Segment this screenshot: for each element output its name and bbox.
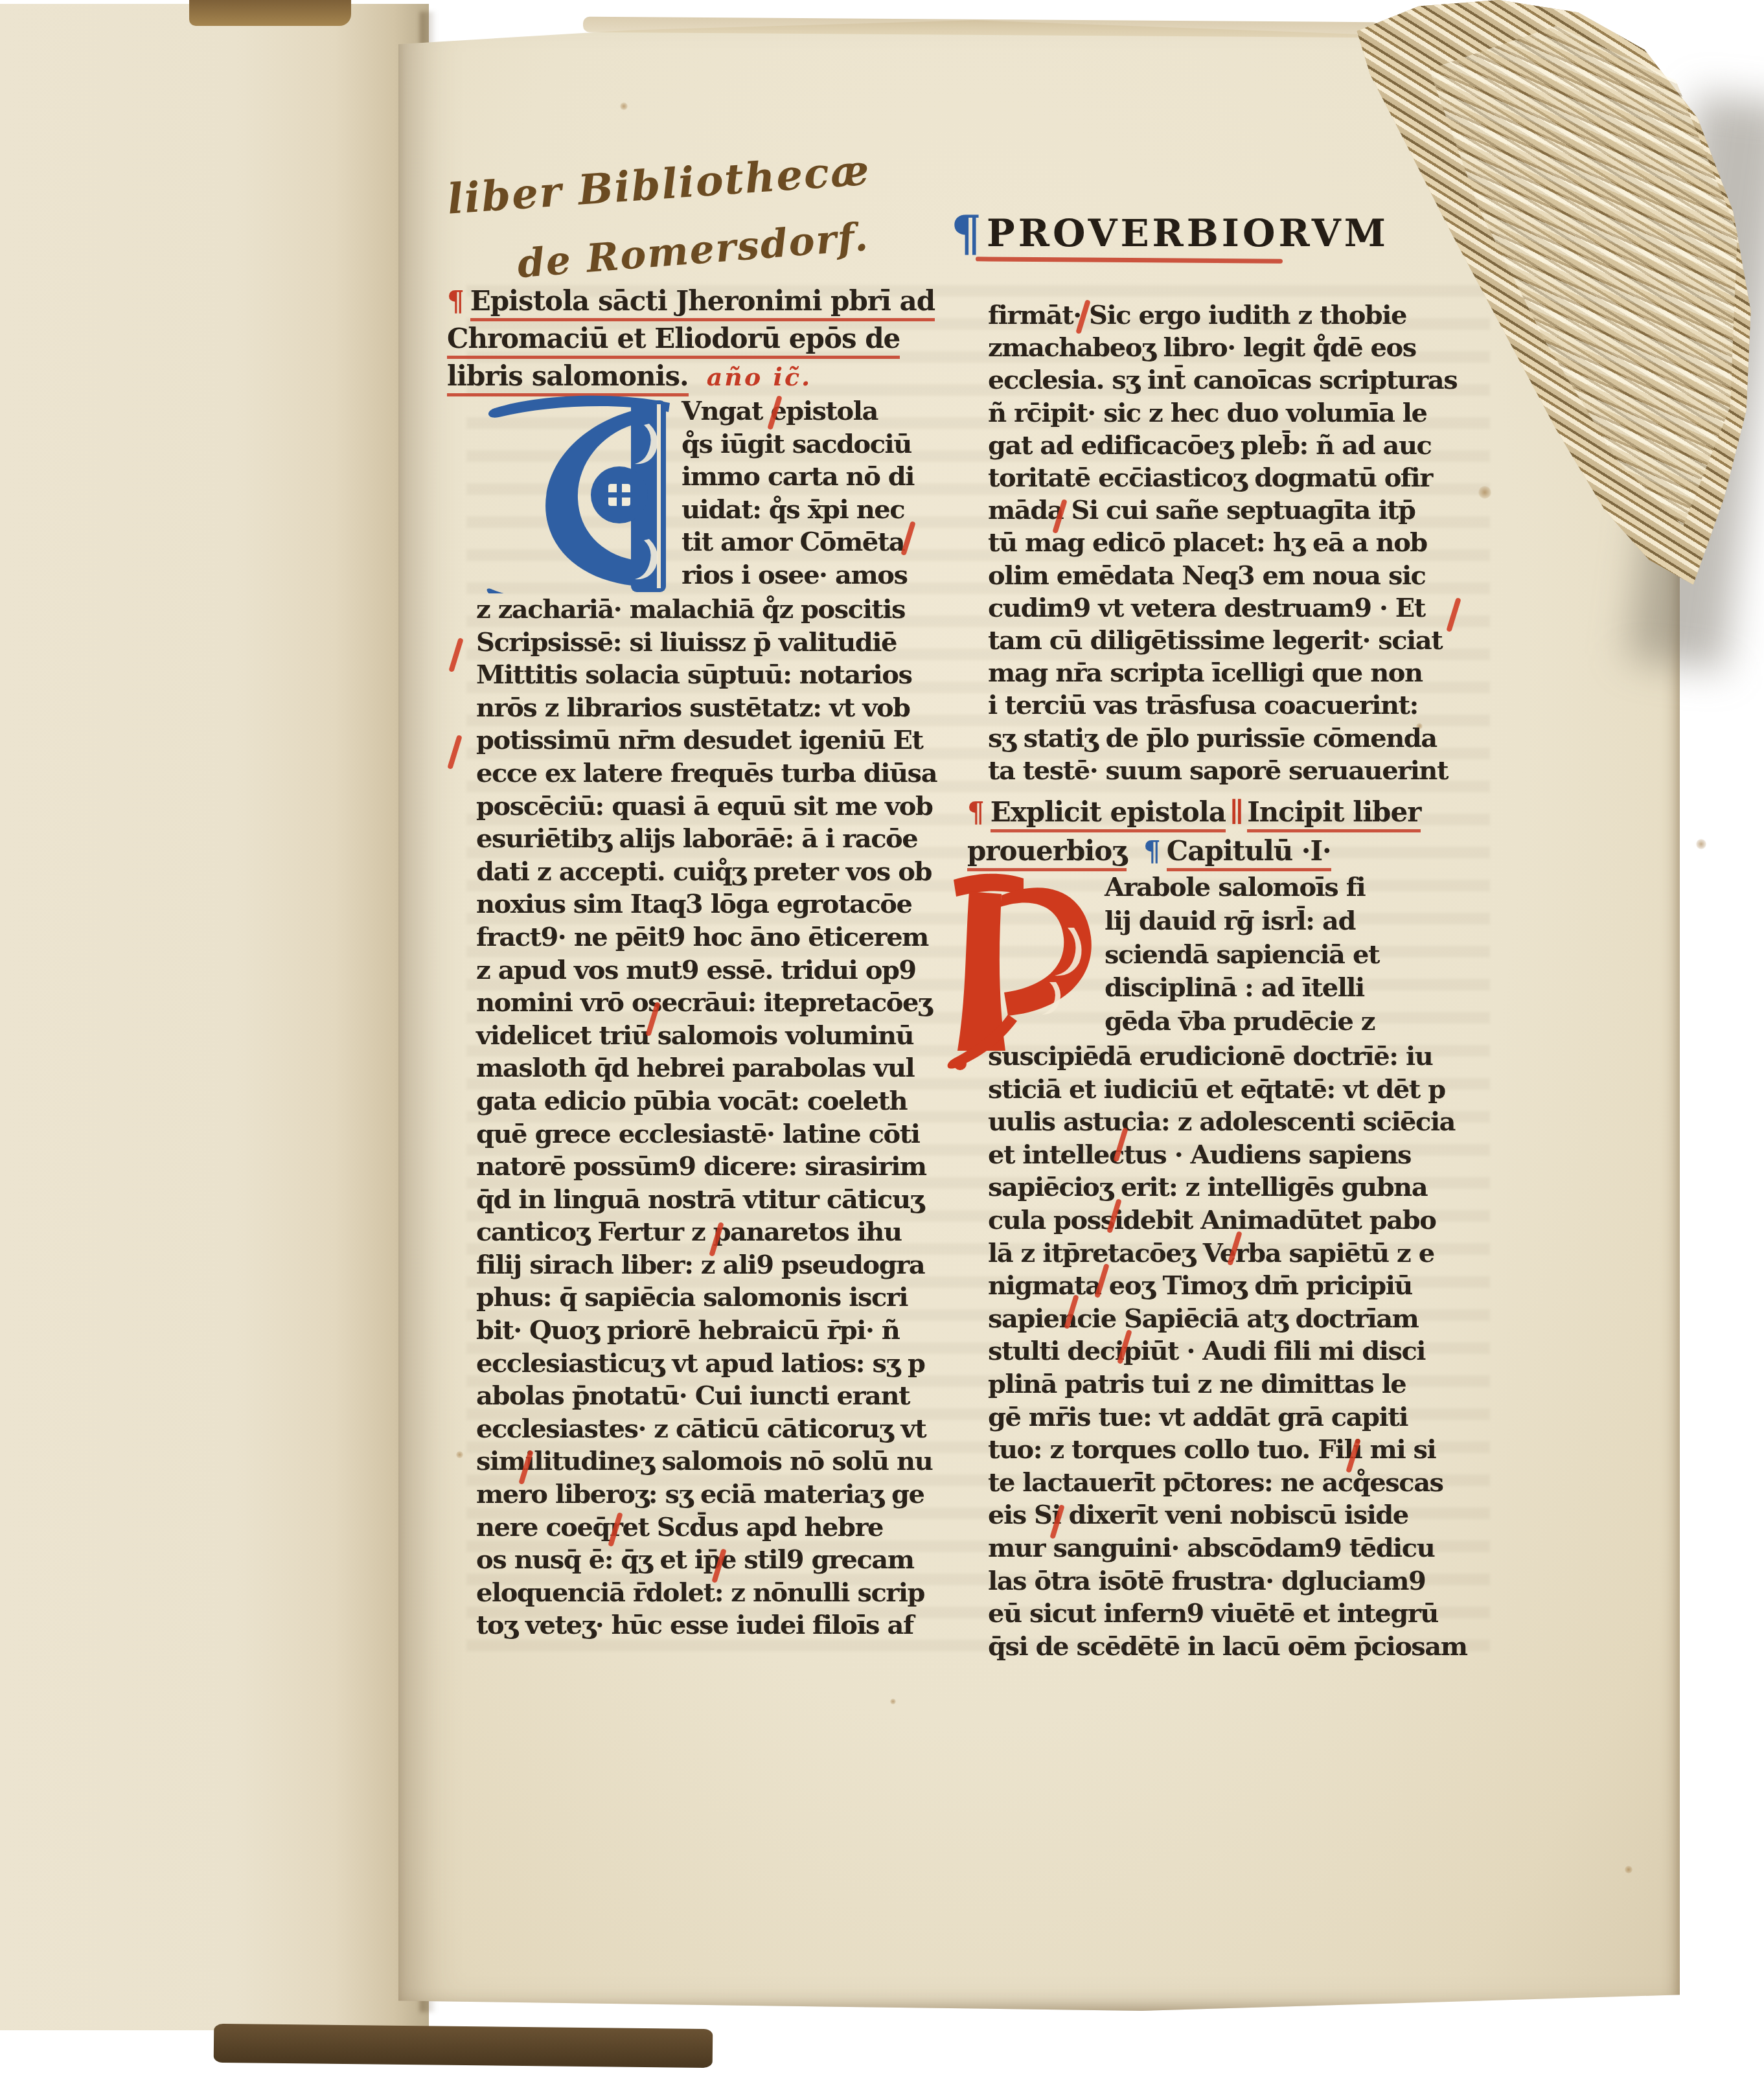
text-line: q̊s iūgit sacdociū — [682, 428, 914, 461]
text-line: suscipiēdā erudicionē doctrīē: iu — [988, 1040, 1467, 1073]
text-line: lij dauid rḡ isrl̄: ad — [1105, 904, 1379, 938]
text-line: uidat: q̊s x̄pi nec — [682, 494, 914, 527]
text-line: eloquenciā r̄dolet: z nōnulli scrip — [476, 1577, 937, 1610]
text-line: uulis astucia: z adolescenti sciēcia — [988, 1106, 1467, 1139]
text-line: ecclesia. sʒ int̄ canoīcas scripturas — [988, 364, 1457, 396]
rubric-line: libris salomonis. — [447, 360, 689, 396]
text-line: eū sicut infern9 viuētē et integrū — [988, 1598, 1467, 1631]
right-column-indented-lines: Arabole salomoīs filij dauid rḡ isrl̄: a… — [1105, 871, 1379, 1038]
text-line: mag nr̄a scripta īcelligi que non — [988, 657, 1457, 689]
text-line: ecce ex latere frequēs turba diūsa — [476, 757, 937, 790]
text-line: ecclesiastes· z cāticū cāticoruʒ vt — [476, 1413, 937, 1446]
text-line: olim emēdata Neq3 em noua sic — [988, 560, 1457, 592]
text-line: cula possidebit Animadūtet pabo — [988, 1204, 1467, 1237]
blue-pilcrow-icon: ¶ — [1143, 835, 1160, 867]
text-line: mur sanguini· abscōdam9 tēdicu — [988, 1532, 1467, 1565]
photo-canvas: liber Bibliothecæ de Romersdorf. ¶PROVER… — [0, 0, 1764, 2073]
text-line: firmāt· Sic ergo iudith z thobie — [988, 299, 1457, 332]
rubric-line: Chromaciū et Eliodorū epōs de — [447, 323, 900, 359]
text-line: similitudineʒ salomois nō solū nu — [476, 1445, 937, 1478]
text-line: natorē possūm9 dicere: sirasirim — [476, 1151, 937, 1184]
foxing-spot — [890, 1699, 896, 1704]
rubric-chapter: Capitulū ·I· — [1167, 835, 1331, 871]
text-line: zmachabeoʒ libro· legit q̊dē eos — [988, 332, 1457, 364]
text-line: las ōtra isōtē frustra· dgluciam9 — [988, 1565, 1467, 1598]
rubric-incipit: Incipit liber — [1247, 796, 1421, 832]
text-line: phus: q̄ sapiēcia salomonis iscri — [476, 1281, 937, 1314]
text-line: toʒ veteʒ· hūc esse iudei filoīs af — [476, 1609, 937, 1642]
text-line: gata edicio pūbia vocāt: coeleth — [476, 1085, 937, 1118]
text-line: nomini vrō osecrāui: itepretacōeʒ — [476, 987, 937, 1020]
text-line: filij sirach liber: z ali9 pseudogra — [476, 1249, 937, 1282]
text-line: ecclesiasticuʒ vt apud latios: sʒ p — [476, 1347, 937, 1380]
text-line: noxius sim Itaq3 lōga egrotacōe — [476, 888, 937, 921]
text-line: sapiēcioʒ erit: z intelligēs gubna — [988, 1171, 1467, 1204]
facing-flyleaf — [0, 4, 429, 2030]
foxing-spot — [1696, 839, 1706, 849]
running-title: ¶PROVERBIORVM — [951, 206, 1389, 262]
red-separator-icon: ∥ — [1230, 796, 1243, 828]
text-line: ta testē· suum saporē seruauerint — [988, 755, 1457, 787]
text-line: masloth q̄d hebrei parabolas vul — [476, 1052, 937, 1085]
text-line: z apud vos mut9 essē. tridui op9 — [476, 954, 937, 987]
left-column-body: z zachariā· malachiā q̊z poscitisScripsi… — [476, 593, 937, 1642]
text-line: sʒ statiʒ de p̄lo purissīe cōmenda — [988, 722, 1457, 755]
text-line: fract9· ne pēit9 hoc āno ēticerem — [476, 921, 937, 954]
text-line: tū mag edicō placet: hʒ eā a nob — [988, 527, 1457, 559]
text-line: ñ rc̄ipit· sic z hec duo volumīa le — [988, 397, 1457, 429]
binding-leather-bottom — [214, 2024, 713, 2068]
text-line: nere coeq̄ret Scd̄us apd hebre — [476, 1511, 937, 1544]
foxing-spot — [1478, 486, 1491, 499]
left-column-indented-lines: Vngat epistolaq̊s iūgit sacdociūimmo car… — [682, 395, 914, 592]
text-line: mero liberoʒ: sʒ eciā materiaʒ ge — [476, 1478, 937, 1511]
text-line: tuo: z torques collo tuo. Fili mi si — [988, 1434, 1467, 1467]
text-line: stulti decipiūt · Audi fili mi disci — [988, 1335, 1467, 1368]
text-line: gēda v̄ba prudēcie z — [1105, 1005, 1379, 1038]
text-line: videlicet triū salomois voluminū — [476, 1020, 937, 1053]
red-pilcrow-icon: ¶ — [447, 285, 464, 317]
blue-initial-I — [481, 393, 672, 593]
text-line: quē grece ecclesiastē· latine cōti — [476, 1118, 937, 1151]
rubric-line: Epistola sācti Jheronimi pbrī ad — [470, 285, 935, 321]
text-line: te lactauerīt pc̄tores: ne acq̊escas — [988, 1467, 1467, 1500]
right-column-body-upper: firmāt· Sic ergo iudith z thobiezmachabe… — [988, 299, 1457, 787]
right-column-rubric: ¶Explicit epistola∥Incipit liber prouerb… — [967, 793, 1421, 871]
text-line: esuriētibʒ alijs laborāē: ā i racōe — [476, 823, 937, 856]
left-column-rubric: ¶Epistola sācti Jheronimi pbrī ad Chroma… — [447, 282, 935, 396]
text-line: Scripsissē: si liuissz p̄ valitudiē — [476, 626, 937, 659]
foxing-spot — [620, 102, 628, 110]
text-line: rios i osee· amos — [682, 559, 914, 592]
red-marginal-note: año ic̃. — [707, 362, 812, 391]
text-line: Vngat epistola — [682, 395, 914, 428]
text-line: bit· Quoʒ priorē hebraicū r̄pi· ñ — [476, 1314, 937, 1347]
running-title-text: PROVERBIORVM — [987, 211, 1389, 255]
text-line: lā z itp̄retacōeʒ Verba sapiētū z e — [988, 1237, 1467, 1270]
text-line: toritatē ecc̄iasticoʒ dogmatū ofir — [988, 462, 1457, 494]
text-line: dati z accepti. cuiq̊ʒ preter vos ob — [476, 856, 937, 889]
text-line: nigmata eoʒ Timoʒ dm̄ pricipiū — [988, 1270, 1467, 1303]
text-line: plinā patris tui z ne dimittas le — [988, 1368, 1467, 1401]
text-line: Arabole salomoīs fi — [1105, 871, 1379, 904]
text-line: i terciū vas trāsfusa coacuerint: — [988, 689, 1457, 722]
binding-leather-top — [189, 0, 351, 26]
text-line: gē mr̄is tue: vt addāt grā capiti — [988, 1401, 1467, 1434]
text-line: tit amor Cōmēta — [682, 526, 914, 559]
text-line: tam cū diligētissime legerit· sciat — [988, 624, 1457, 657]
text-line: os nusq̄ ē: q̄ʒ et ip̄e stil9 grecam — [476, 1544, 937, 1577]
text-line: q̄si de scēdētē in lacū oēm p̄ciosam — [988, 1631, 1467, 1664]
text-line: gat ad edificacōeʒ pleb̄: ñ ad auc — [988, 429, 1457, 462]
text-line: disciplinā : ad ītelli — [1105, 971, 1379, 1005]
red-pilcrow-icon: ¶ — [967, 796, 984, 828]
text-line: canticoʒ Fertur z panaretos ihu — [476, 1216, 937, 1249]
text-line: immo carta nō di — [682, 461, 914, 494]
text-line: Mittitis solacia sūptuū: notarios — [476, 659, 937, 692]
text-line: potissimū nr̄m desudet igeniū Et — [476, 724, 937, 757]
rubric-explicit: Explicit epistola — [991, 796, 1226, 832]
right-column-body-lower: suscipiēdā erudicionē doctrīē: iusticiā … — [988, 1040, 1467, 1663]
foxing-spot — [1625, 1866, 1632, 1873]
text-line: poscēciū: quasi ā equū sit me vob — [476, 790, 937, 823]
foxing-spot — [456, 1451, 463, 1458]
text-line: nrōs z librarios sustētatz: vt vob — [476, 692, 937, 725]
blue-pilcrow-icon: ¶ — [951, 206, 981, 262]
text-line: sciendā sapienciā et — [1105, 938, 1379, 972]
text-line: q̄d in linguā nostrā vtitur cāticuʒ — [476, 1184, 937, 1217]
text-line: abolas p̄notatū· Cui iuncti erant — [476, 1380, 937, 1413]
text-line: et intellectus · Audiens sapiens — [988, 1139, 1467, 1172]
text-line: z zachariā· malachiā q̊z poscitis — [476, 593, 937, 626]
text-line: sapiencie Sapiēciā atʒ doctrīam — [988, 1303, 1467, 1336]
text-line: sticiā et iudiciū et eq̄tatē: vt dēt p — [988, 1073, 1467, 1106]
text-line: cudim9 vt vetera destruam9 · Et — [988, 592, 1457, 624]
